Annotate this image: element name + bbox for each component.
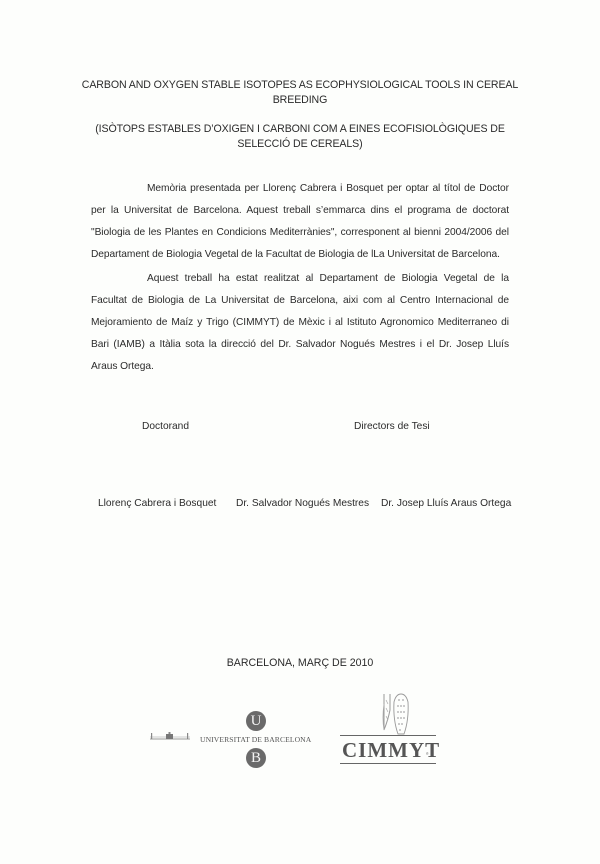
directors-label: Directors de Tesi	[354, 421, 430, 432]
cimmyt-trademark: ®	[426, 752, 429, 756]
cimmyt-logo: CIMMYT ®	[340, 690, 440, 770]
title-english: CARBON AND OXYGEN STABLE ISOTOPES AS ECO…	[80, 78, 520, 108]
ub-letter-u: U	[246, 711, 266, 731]
doctorand-name: Llorenç Cabrera i Bosquet	[98, 498, 216, 509]
paragraph-realization: Aquest treball ha estat realitzat al Dep…	[91, 268, 509, 378]
document-page: CARBON AND OXYGEN STABLE ISOTOPES AS ECO…	[0, 0, 600, 864]
university-building-icon	[150, 728, 190, 738]
ub-name: UNIVERSITAT DE BARCELONA	[200, 735, 311, 744]
title-catalan: (ISÒTOPS ESTABLES D’OXIGEN I CARBONI COM…	[80, 122, 520, 152]
cimmyt-rule-top	[340, 735, 436, 736]
thesis-title: CARBON AND OXYGEN STABLE ISOTOPES AS ECO…	[80, 78, 520, 152]
ub-logo: U UNIVERSITAT DE BARCELONA B	[150, 708, 330, 770]
paragraph-presentation: Memòria presentada per Llorenç Cabrera i…	[91, 178, 509, 266]
doctorand-label: Doctorand	[142, 421, 189, 432]
cimmyt-name: CIMMYT	[342, 738, 440, 763]
cimmyt-rule-bottom	[340, 763, 436, 764]
director-1-name: Dr. Salvador Nogués Mestres	[236, 498, 369, 509]
ub-letter-b: B	[246, 748, 266, 768]
place-date: BARCELONA, MARÇ DE 2010	[0, 657, 600, 669]
director-2-name: Dr. Josep Lluís Araus Ortega	[381, 498, 511, 509]
